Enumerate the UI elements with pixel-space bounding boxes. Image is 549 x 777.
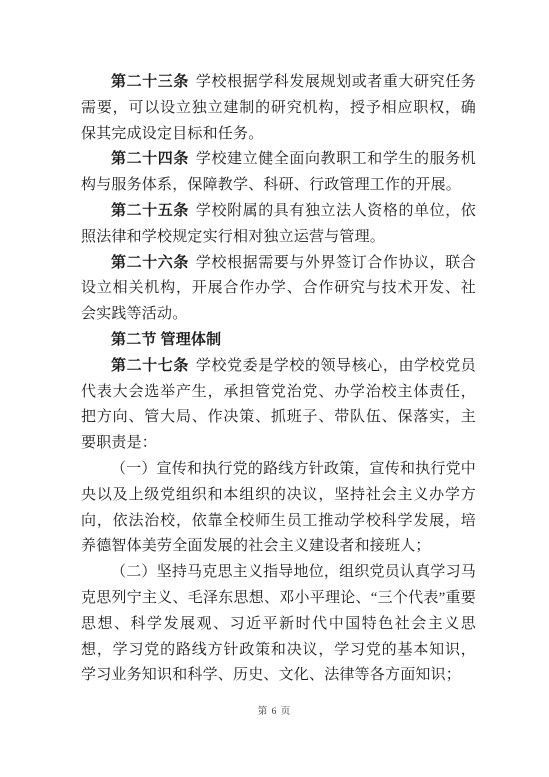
article-number: 第二十六条 [111,255,189,271]
paragraph: （二）坚持马克思主义指导地位，组织党员认真学习马克思列宁主义、毛泽东思想、邓小平… [81,560,476,689]
article-number: 第二十五条 [111,203,189,219]
paragraph: 第二十四条学校建立健全面向教职工和学生的服务机构与服务体系，保障教学、科研、行政… [81,147,476,199]
article-number: 第二十四条 [111,151,189,167]
article-number: 第二十三条 [111,74,189,90]
document-page: 第二十三条学校根据学科发展规划或者重大研究任务需要，可以设立独立建制的研究机构，… [0,0,549,777]
section-title: 第二节 管理体制 [111,332,221,348]
section-heading: 第二节 管理体制 [81,328,476,354]
paragraph: 第二十三条学校根据学科发展规划或者重大研究任务需要，可以设立独立建制的研究机构，… [81,70,476,147]
paragraph: 第二十七条学校党委是学校的领导核心，由学校党员代表大会选举产生，承担管党治党、办… [81,354,476,457]
paragraph: 第二十六条学校根据需要与外界签订合作协议，联合设立相关机构，开展合作办学、合作研… [81,251,476,328]
page-number: 第 6 页 [0,703,549,717]
article-number: 第二十七条 [111,358,189,374]
document-body: 第二十三条学校根据学科发展规划或者重大研究任务需要，可以设立独立建制的研究机构，… [81,70,476,689]
paragraph: 第二十五条学校附属的具有独立法人资格的单位，依照法律和学校规定实行相对独立运营与… [81,199,476,251]
paragraph: （一）宣传和执行党的路线方针政策，宣传和执行党中央以及上级党组织和本组织的决议，… [81,457,476,560]
